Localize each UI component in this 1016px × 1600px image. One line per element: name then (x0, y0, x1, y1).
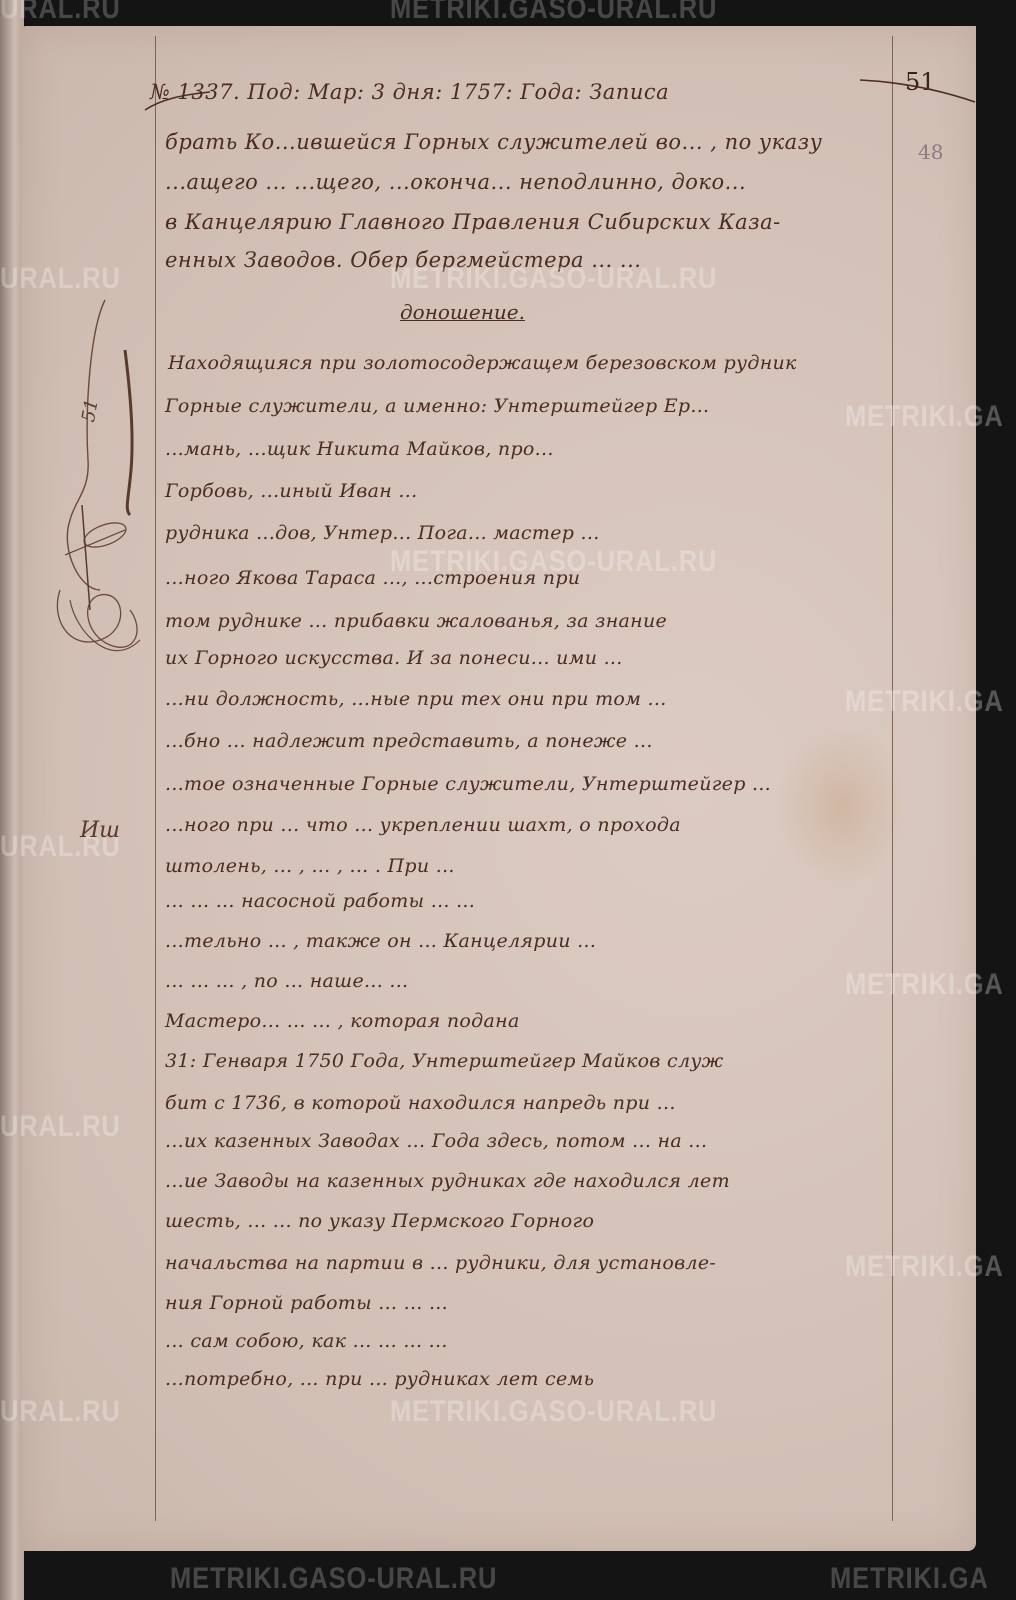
left-margin-rule (155, 36, 156, 1521)
header-line: ...ащего ... ...щего, ...оконча... непод… (165, 170, 746, 194)
body-line: Горбовь, ...иный Иван ... (165, 480, 417, 502)
body-line: Горные служители, а именно: Унтерштейгер… (165, 395, 709, 417)
document-heading: доношение. (400, 300, 525, 324)
pencil-folio-number: 48 (918, 140, 943, 164)
margin-note: Иш (80, 818, 120, 843)
body-line: начальства на партии в ... рудники, для … (165, 1252, 716, 1274)
header-line: енных Заводов. Обер бергмейстера ... ... (165, 248, 641, 272)
margin-flourish (30, 290, 150, 690)
body-line: ...бно ... надлежит представить, а понеж… (165, 730, 653, 752)
body-line: 31: Генваря 1750 Года, Унтерштейгер Майк… (165, 1050, 724, 1072)
body-line: штолень, ... , ... , ... . При ... (165, 855, 455, 877)
body-line: их Горного искусства. И за понеси... ими… (165, 647, 623, 669)
paper-stain (776, 726, 906, 886)
body-line: шесть, ... ... по указу Пермского Горног… (165, 1210, 594, 1232)
header-flourish (140, 70, 220, 120)
body-line: ...тое означенные Горные служители, Унте… (165, 773, 771, 795)
body-line: ...тельно ... , также он ... Канцелярии … (165, 930, 596, 952)
body-line: ...мань, ...щик Никита Майков, про... (165, 438, 554, 460)
body-line: Находящияся при золотосодержащем березов… (168, 352, 797, 374)
body-line: рудника ...дов, Унтер... Пога... мастер … (165, 522, 600, 544)
watermark: METRIKI.GASO-URAL.RU (170, 1562, 497, 1596)
body-line: ... ... ... , по ... наше... ... (165, 970, 408, 992)
adjacent-page-edge (0, 0, 24, 1600)
body-line: бит с 1736, в которой находился напредь … (165, 1092, 676, 1114)
header-line: № 1337. Под: Мар: 3 дня: 1757: Года: Зап… (150, 80, 669, 104)
body-line: Мастеро... ... ... , которая подана (165, 1010, 520, 1032)
body-line: ...ного при ... что ... укреплении шахт,… (165, 814, 681, 836)
watermark: METRIKI.GA (830, 1562, 989, 1596)
right-margin-rule (892, 36, 893, 1521)
body-line: ...ни должность, ...ные при тех они при … (165, 688, 667, 710)
body-line: ния Горной работы ... ... ... (165, 1292, 448, 1314)
body-line: ...ие Заводы на казенных рудниках где на… (165, 1170, 730, 1192)
body-line: ...ного Якова Тараса ..., ...строения пр… (165, 567, 580, 589)
body-line: ... сам собою, как ... ... ... ... (165, 1330, 448, 1352)
header-line: в Канцелярию Главного Правления Сибирски… (165, 210, 781, 234)
body-line: ...потребно, ... при ... рудниках лет се… (165, 1368, 594, 1390)
watermark: METRIKI.GASO-URAL.RU (390, 0, 717, 26)
body-line: ...их казенных Заводах ... Года здесь, п… (165, 1130, 707, 1152)
header-line: брать Ко...ившейся Горных служителей во.… (165, 130, 822, 154)
margin-note-number: 51 (78, 397, 103, 423)
body-line: том руднике ... прибавки жалованья, за з… (165, 610, 667, 632)
folio-strike-line (860, 72, 980, 112)
body-line: ... ... ... насосной работы ... ... (165, 890, 475, 912)
